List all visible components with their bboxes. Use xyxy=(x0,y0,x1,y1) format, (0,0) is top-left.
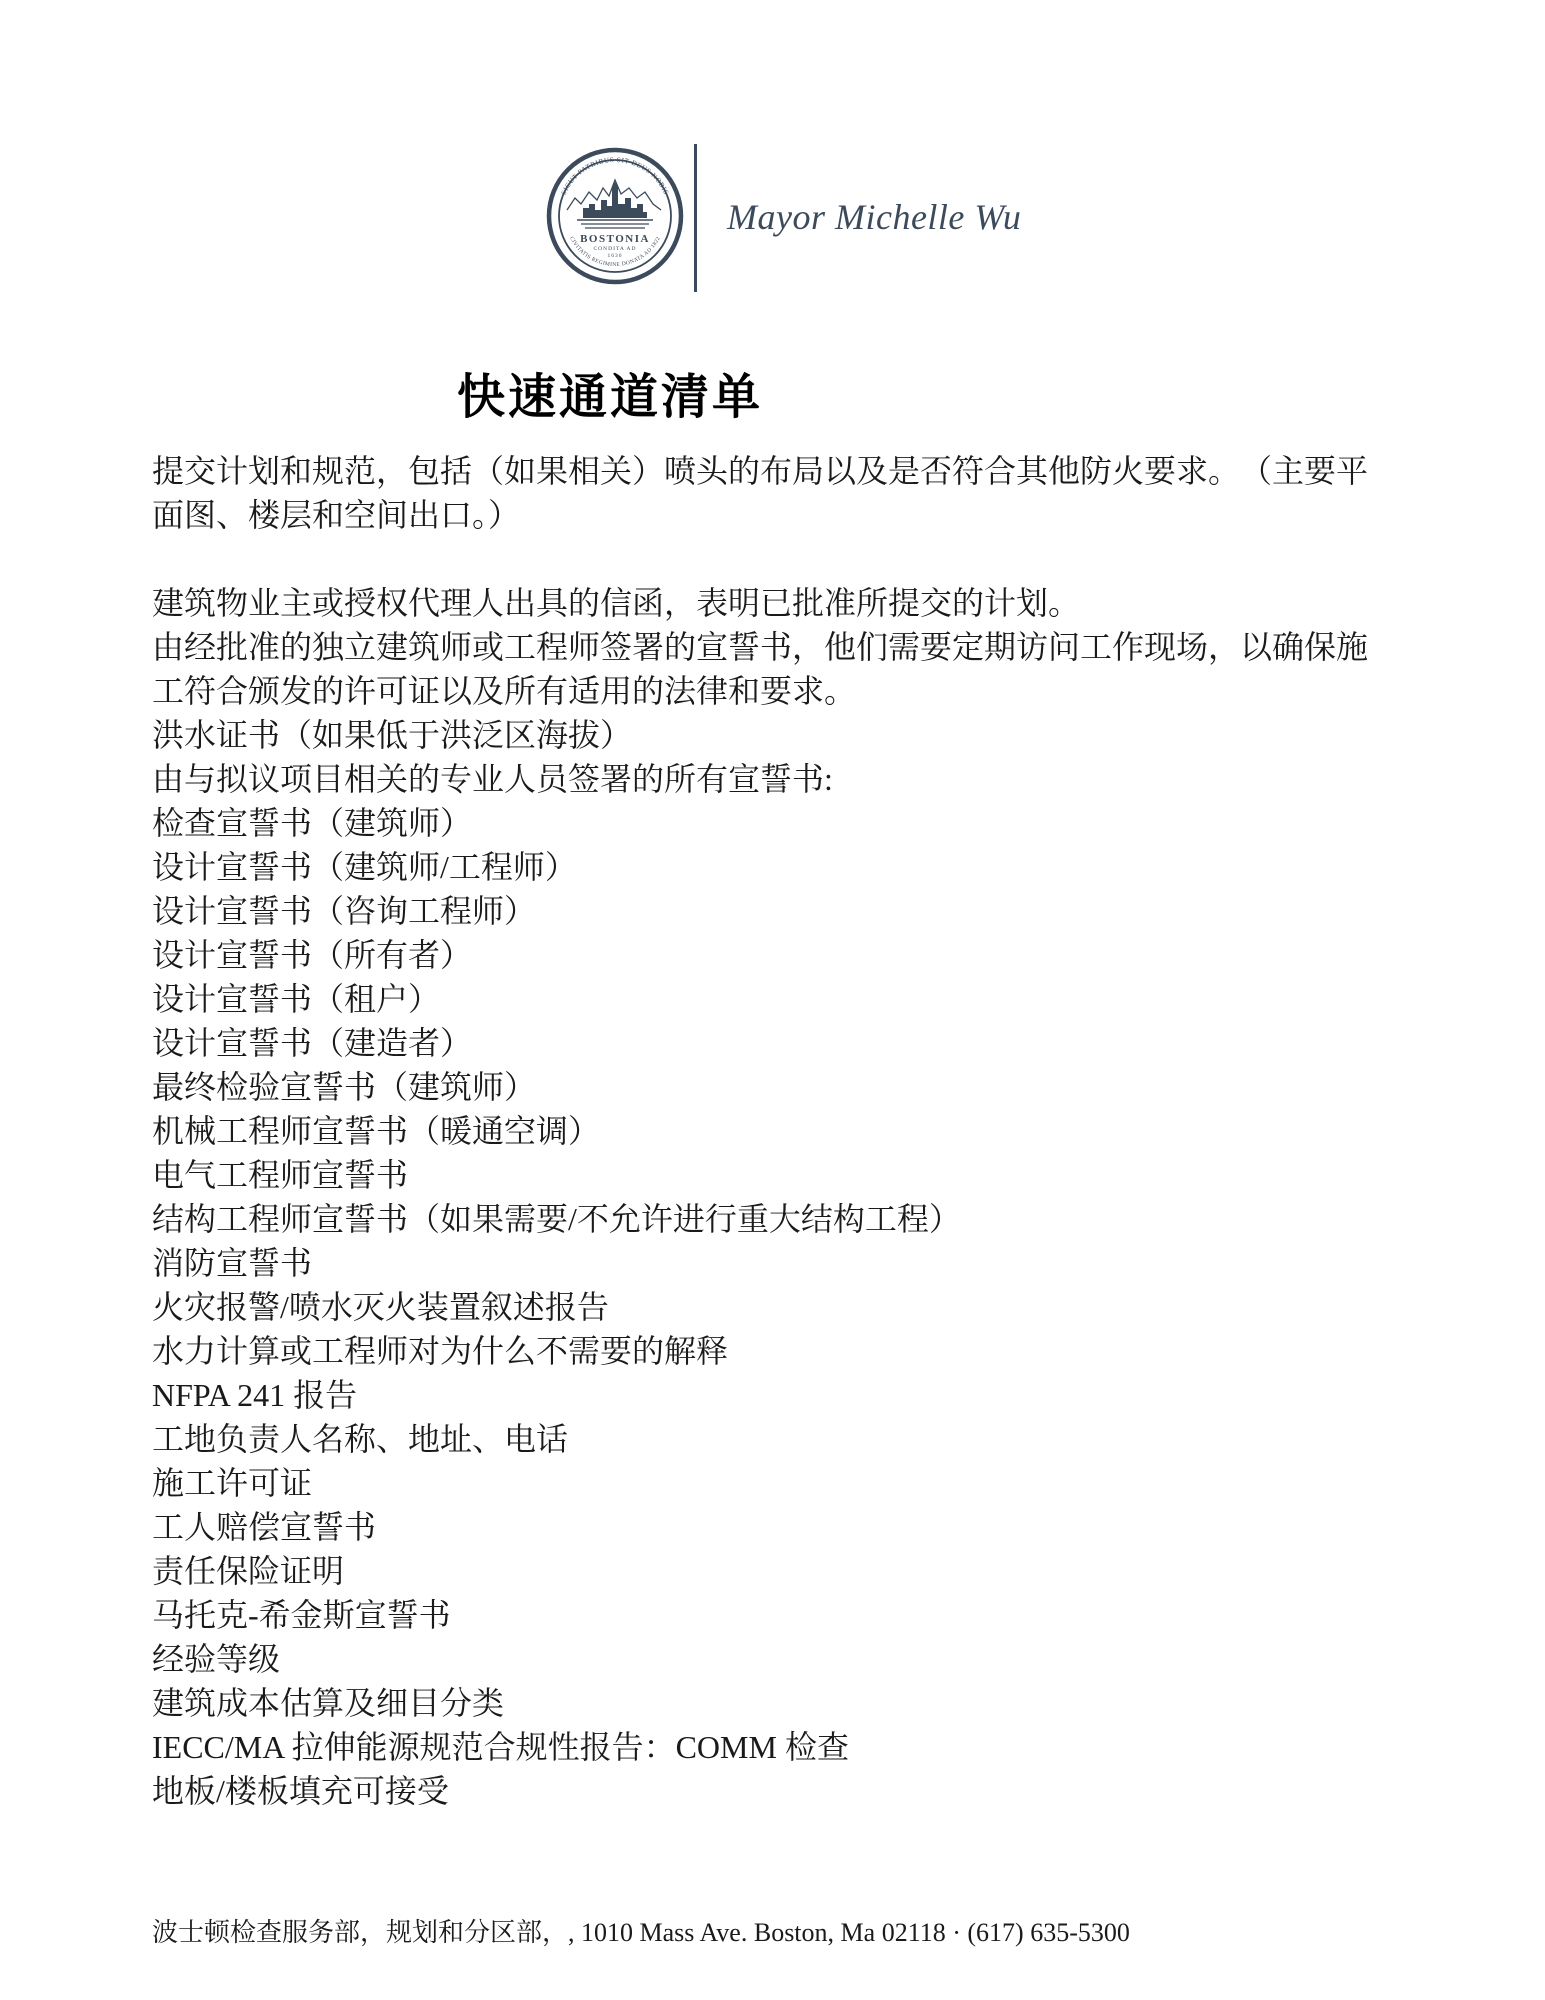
checklist-line: 由经批准的独立建筑师或工程师签署的宣誓书，他们需要定期访问工作现场，以确保施 xyxy=(152,625,1492,669)
checklist-line: 经验等级 xyxy=(152,1637,1492,1681)
page-title: 快速通道清单 xyxy=(457,358,763,427)
checklist-line: 结构工程师宣誓书（如果需要/不允许进行重大结构工程） xyxy=(152,1197,1492,1241)
checklist-line: 由与拟议项目相关的专业人员签署的所有宣誓书: xyxy=(152,757,1492,801)
mayor-name-text: Mayor Michelle Wu xyxy=(727,196,1021,238)
checklist-line: 施工许可证 xyxy=(152,1461,1492,1505)
checklist-line: 设计宣誓书（建筑师/工程师） xyxy=(152,845,1492,889)
checklist-line: 设计宣誓书（咨询工程师） xyxy=(152,889,1492,933)
checklist-line: 设计宣誓书（租户） xyxy=(152,977,1492,1021)
checklist-line: 责任保险证明 xyxy=(152,1549,1492,1593)
checklist-line: 地板/楼板填充可接受 xyxy=(152,1769,1492,1813)
checklist-line: 消防宣誓书 xyxy=(152,1241,1492,1285)
footer-text: 波士顿检查服务部，规划和分区部，, 1010 Mass Ave. Boston,… xyxy=(152,1916,1130,1950)
checklist-line: 工人赔偿宣誓书 xyxy=(152,1505,1492,1549)
header-divider xyxy=(694,144,697,292)
checklist-line: 机械工程师宣誓书（暖通空调） xyxy=(152,1109,1492,1153)
checklist-line: 检查宣誓书（建筑师） xyxy=(152,801,1492,845)
seal-sub-label: CONDITA AD xyxy=(593,246,636,252)
checklist-line: 水力计算或工程师对为什么不需要的解释 xyxy=(152,1329,1492,1373)
boston-city-seal-icon: SICUT PATRIBUS SIT DEUS NOBIS CIVITATIS … xyxy=(545,146,685,286)
checklist-line: 设计宣誓书（建造者） xyxy=(152,1021,1492,1065)
checklist-line: 马托克-希金斯宣誓书 xyxy=(152,1593,1492,1637)
checklist-line: 建筑物业主或授权代理人出具的信函，表明已批准所提交的计划。 xyxy=(152,581,1492,625)
checklist-line: IECC/MA 拉伸能源规范合规性报告：COMM 检查 xyxy=(152,1725,1492,1769)
checklist-line: 火灾报警/喷水灭火装置叙述报告 xyxy=(152,1285,1492,1329)
checklist: 提交计划和规范，包括（如果相关）喷头的布局以及是否符合其他防火要求。 （主要平面… xyxy=(152,449,1492,1813)
checklist-line xyxy=(152,537,1492,581)
checklist-line: 面图、楼层和空间出口。） xyxy=(152,493,1492,537)
seal-water-lines xyxy=(581,224,649,228)
letterhead: SICUT PATRIBUS SIT DEUS NOBIS CIVITATIS … xyxy=(0,0,1545,300)
checklist-line: NFPA 241 报告 xyxy=(152,1373,1492,1417)
checklist-line: 工地负责人名称、地址、电话 xyxy=(152,1417,1492,1461)
checklist-line: 工符合颁发的许可证以及所有适用的法律和要求。 xyxy=(152,669,1492,713)
checklist-line: 洪水证书（如果低于洪泛区海拔） xyxy=(152,713,1492,757)
checklist-line: 最终检验宣誓书（建筑师） xyxy=(152,1065,1492,1109)
checklist-line: 提交计划和规范，包括（如果相关）喷头的布局以及是否符合其他防火要求。 （主要平 xyxy=(152,449,1492,493)
checklist-line: 设计宣誓书（所有者） xyxy=(152,933,1492,977)
seal-city-label: BOSTONIA xyxy=(580,233,650,245)
document-page: SICUT PATRIBUS SIT DEUS NOBIS CIVITATIS … xyxy=(0,0,1545,2000)
checklist-line: 建筑成本估算及细目分类 xyxy=(152,1681,1492,1725)
seal-year: 1630 xyxy=(608,253,623,259)
checklist-line: 电气工程师宣誓书 xyxy=(152,1153,1492,1197)
seal-skyline-buildings xyxy=(583,182,647,218)
